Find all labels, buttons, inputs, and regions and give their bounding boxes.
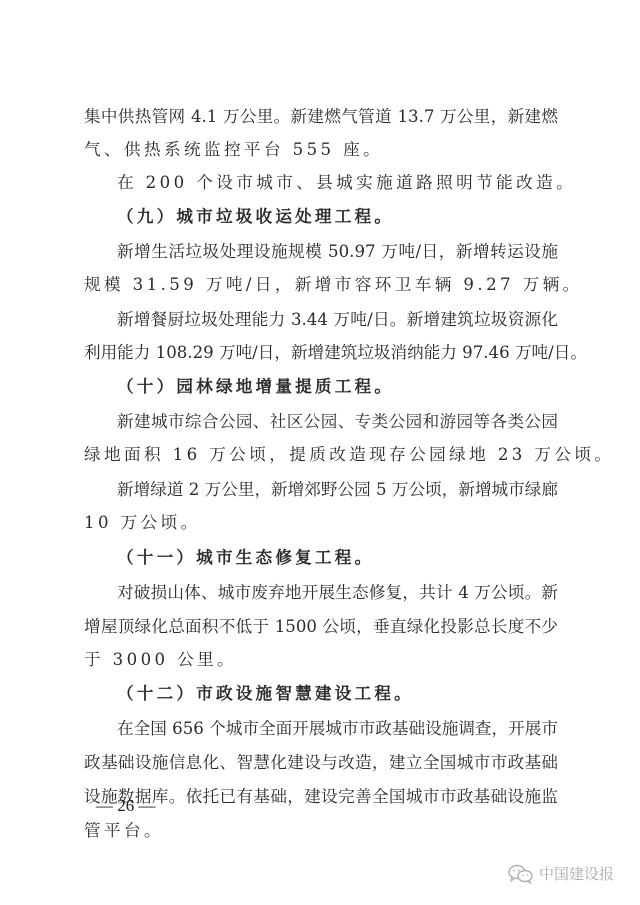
text-line: 集中供热管网 4.1 万公里。新建燃气管道 13.7 万公里，新建燃	[84, 100, 558, 133]
section-heading: （十二）市政设施智慧建设工程。	[117, 677, 414, 710]
text-line: 政基础设施信息化、智慧化建设与改造，建立全国城市市政基础	[84, 746, 558, 779]
section-heading: （十一）城市生态修复工程。	[117, 541, 374, 574]
text-line: 在全国 656 个城市全面开展城市市政基础设施调查，开展市	[117, 712, 558, 745]
page-number: — 26 —	[96, 796, 156, 816]
watermark: 中国建设报	[508, 863, 614, 884]
text-line: 在 200 个设市城市、县城实施道路照明节能改造。	[117, 166, 576, 199]
text-line: 增屋顶绿化总面积不低于 1500 公顷，垂直绿化投影总长度不少	[84, 610, 558, 643]
wechat-icon	[508, 864, 534, 884]
text-line: 对破损山体、城市废弃地开展生态修复，共计 4 万公顷。新	[117, 576, 558, 609]
text-line: 新增绿道 2 万公里，新增郊野公园 5 万公顷，新增城市绿廊	[117, 473, 558, 506]
text-line: 绿地面积 16 万公顷，提质改造现存公园绿地 23 万公顷。	[84, 438, 614, 471]
text-line: 规模 31.59 万吨/日，新增市容环卫车辆 9.27 万辆。	[84, 268, 583, 301]
section-heading: （十）园林绿地增量提质工程。	[117, 370, 394, 403]
text-line: 于 3000 公里。	[84, 643, 237, 676]
text-line: 利用能力 108.29 万吨/日，新增建筑垃圾消纳能力 97.46 万吨/日。	[84, 336, 558, 369]
text-line: 新增生活垃圾处理设施规模 50.97 万吨/日，新增转运设施	[117, 235, 558, 268]
text-line: 气、供热系统监控平台 555 座。	[84, 133, 383, 166]
text-line: 管平台。	[84, 814, 164, 847]
section-heading: （九）城市垃圾收运处理工程。	[117, 200, 394, 233]
watermark-label: 中国建设报	[539, 863, 614, 884]
text-line: 新增餐厨垃圾处理能力 3.44 万吨/日。新增建筑垃圾资源化	[117, 303, 558, 336]
text-line: 新建城市综合公园、社区公园、专类公园和游园等各类公园	[117, 405, 558, 438]
text-line: 10 万公顷。	[84, 506, 201, 539]
